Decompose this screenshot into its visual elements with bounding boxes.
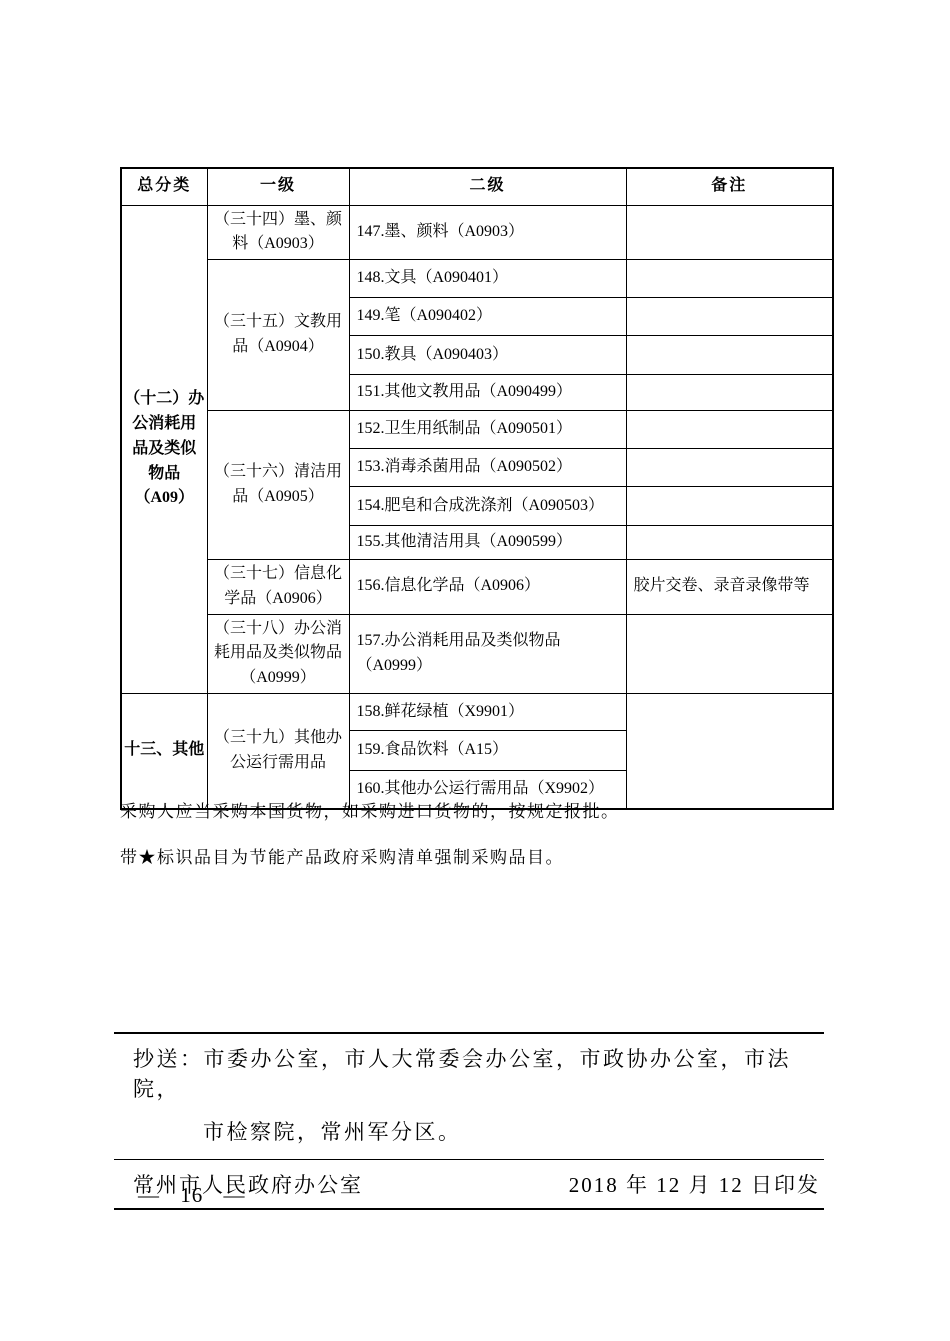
remark-cell xyxy=(626,614,833,693)
level2-cell: 152.卫生用纸制品（A090501） xyxy=(349,411,626,449)
level1-cell: （三十八）办公消耗用品及类似物品（A0999） xyxy=(207,614,349,693)
category-cell: 十三、其他 xyxy=(121,694,207,809)
document-page: 总分类 一级 二级 备注 （十二）办 公消耗用 品及类似 物品 （A09） （三… xyxy=(0,0,950,1341)
level2-cell: 159.食品饮料（A15） xyxy=(349,731,626,771)
remark-cell xyxy=(626,260,833,298)
cc-line1: 抄送：市委办公室，市人大常委会办公室，市政协办公室，市法院， xyxy=(133,1044,824,1105)
note-energy-saving-star: 带★标识品目为节能产品政府采购清单强制采购品目。 xyxy=(120,843,832,868)
level2-cell: 157.办公消耗用品及类似物品（A0999） xyxy=(349,614,626,693)
remark-cell: 胶片交卷、录音录像带等 xyxy=(626,560,833,615)
table-header-row: 总分类 一级 二级 备注 xyxy=(121,168,833,205)
header-cell-remark: 备注 xyxy=(626,168,833,205)
remark-cell xyxy=(626,298,833,336)
level1-cell: （三十九）其他办公运行需用品 xyxy=(207,694,349,809)
table-row: （三十八）办公消耗用品及类似物品（A0999） 157.办公消耗用品及类似物品（… xyxy=(121,614,833,693)
remark-cell xyxy=(626,449,833,487)
level2-cell: 156.信息化学品（A0906） xyxy=(349,560,626,615)
classification-table: 总分类 一级 二级 备注 （十二）办 公消耗用 品及类似 物品 （A09） （三… xyxy=(120,167,834,810)
notes-section: 采购人应当采购本国货物，如采购进口货物的，按规定报批。 带★标识品目为节能产品政… xyxy=(120,797,832,868)
level2-cell: 147.墨、颜料（A0903） xyxy=(349,205,626,260)
level1-cell: （三十四）墨、颜料（A0903） xyxy=(207,205,349,260)
cc-label: 抄送： xyxy=(133,1047,204,1071)
category-cell: （十二）办 公消耗用 品及类似 物品 （A09） xyxy=(121,205,207,694)
cc-recipients-line1: 市委办公室，市人大常委会办公室，市政协办公室，市法院， xyxy=(133,1047,791,1101)
remark-cell xyxy=(626,205,833,260)
remark-cell xyxy=(626,336,833,375)
level2-cell: 158.鲜花绿植（X9901） xyxy=(349,694,626,731)
remark-cell xyxy=(626,526,833,560)
remark-cell xyxy=(626,411,833,449)
table-row: （三十六）清洁用品（A0905） 152.卫生用纸制品（A090501） xyxy=(121,411,833,449)
cc-recipients-line2: 市检察院，常州军分区。 xyxy=(133,1117,824,1147)
level2-cell: 153.消毒杀菌用品（A090502） xyxy=(349,449,626,487)
print-date: 2018 年 12 月 12 日印发 xyxy=(569,1169,820,1199)
level1-cell: （三十七）信息化学品（A0906） xyxy=(207,560,349,615)
header-cell-level1: 一级 xyxy=(207,168,349,205)
level2-cell: 150.教具（A090403） xyxy=(349,336,626,375)
level2-cell: 154.肥皂和合成洗涤剂（A090503） xyxy=(349,487,626,526)
level2-cell: 148.文具（A090401） xyxy=(349,260,626,298)
level1-cell: （三十六）清洁用品（A0905） xyxy=(207,411,349,560)
table-row: （三十五）文教用品（A0904） 148.文具（A090401） xyxy=(121,260,833,298)
header-cell-level2: 二级 xyxy=(349,168,626,205)
remark-cell xyxy=(626,487,833,526)
note-domestic-goods: 采购人应当采购本国货物，如采购进口货物的，按规定报批。 xyxy=(120,797,832,822)
level1-cell: （三十五）文教用品（A0904） xyxy=(207,260,349,411)
header-cell-category: 总分类 xyxy=(121,168,207,205)
level2-cell: 149.笔（A090402） xyxy=(349,298,626,336)
level2-cell: 151.其他文教用品（A090499） xyxy=(349,375,626,411)
cc-section: 抄送：市委办公室，市人大常委会办公室，市政协办公室，市法院， 市检察院，常州军分… xyxy=(114,1032,824,1159)
page-number: — 16 — xyxy=(138,1183,246,1208)
remark-cell xyxy=(626,375,833,411)
table-row: （三十七）信息化学品（A0906） 156.信息化学品（A0906） 胶片交卷、… xyxy=(121,560,833,615)
table-row: 十三、其他 （三十九）其他办公运行需用品 158.鲜花绿植（X9901） xyxy=(121,694,833,731)
table-row: （十二）办 公消耗用 品及类似 物品 （A09） （三十四）墨、颜料（A0903… xyxy=(121,205,833,260)
level2-cell: 155.其他清洁用具（A090599） xyxy=(349,526,626,560)
remark-cell xyxy=(626,694,833,809)
